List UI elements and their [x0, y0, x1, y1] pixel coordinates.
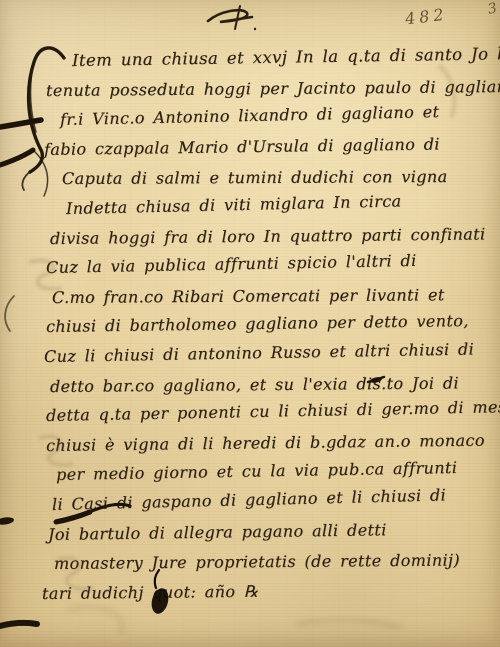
folio-number: 482: [404, 4, 449, 28]
manuscript-text: Item una chiusa et xxvj In la q.ta di sa…: [0, 46, 500, 608]
manuscript-line: fabio czappala Mario d'Ursula di gaglian…: [44, 128, 500, 164]
manuscript-line: monastery Jure proprietatis (de rette do…: [54, 545, 500, 578]
corner-page-number: 3: [487, 0, 499, 18]
manuscript-line: tari dudichj quot: año ℞: [42, 574, 500, 608]
manuscript-line: Joi bartulo di allegra pagano alli detti: [48, 513, 500, 549]
invocation-cross-icon: [208, 6, 256, 30]
manuscript-line: Item una chiusa et xxvj In la q.ta di sa…: [72, 39, 500, 75]
manuscript-page: 482 3 Item una chiusa et xxvj In la q.ta…: [0, 0, 500, 647]
